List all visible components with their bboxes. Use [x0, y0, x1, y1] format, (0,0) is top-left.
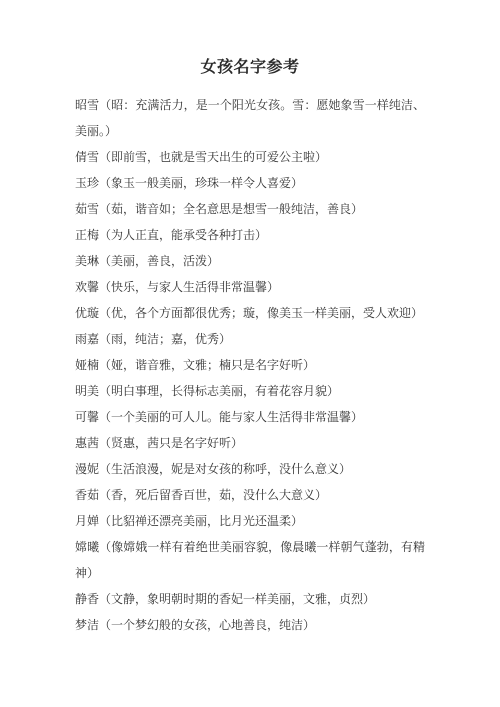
name-entry: 梦洁（一个梦幻般的女孩，心地善良，纯洁）	[75, 612, 425, 638]
name-entry: 美琳（美丽，善良，活泼）	[75, 248, 425, 274]
document-page: 女孩名字参考 昭雪（昭：充满活力，是一个阳光女孩。雪：愿她象雪一样纯洁、美丽。）…	[0, 0, 500, 707]
name-entry: 昭雪（昭：充满活力，是一个阳光女孩。雪：愿她象雪一样纯洁、美丽。）	[75, 92, 425, 144]
name-entry-list: 昭雪（昭：充满活力，是一个阳光女孩。雪：愿她象雪一样纯洁、美丽。） 倩雪（即前雪…	[75, 92, 425, 638]
name-entry: 惠茜（贤惠，茜只是名字好听）	[75, 430, 425, 456]
name-entry: 茹雪（茹，谐音如；全名意思是想雪一般纯洁，善良）	[75, 196, 425, 222]
name-entry: 娅楠（娅，谐音雅，文雅；楠只是名字好听）	[75, 352, 425, 378]
name-entry: 正梅（为人正直，能承受各种打击）	[75, 222, 425, 248]
name-entry: 月婵（比貂禅还漂亮美丽，比月光还温柔）	[75, 508, 425, 534]
name-entry: 倩雪（即前雪，也就是雪天出生的可爱公主啦）	[75, 144, 425, 170]
name-entry: 优璇（优，各个方面都很优秀；璇，像美玉一样美丽，受人欢迎）	[75, 300, 425, 326]
name-entry: 香茹（香，死后留香百世，茹，没什么大意义）	[75, 482, 425, 508]
name-entry: 雨嘉（雨，纯洁；嘉，优秀）	[75, 326, 425, 352]
name-entry: 静香（文静，象明朝时期的香妃一样美丽，文雅，贞烈）	[75, 586, 425, 612]
name-entry: 嫦曦（像嫦娥一样有着绝世美丽容貌，像晨曦一样朝气蓬勃，有精神）	[75, 534, 425, 586]
document-title: 女孩名字参考	[75, 58, 425, 78]
name-entry: 欢馨（快乐，与家人生活得非常温馨）	[75, 274, 425, 300]
name-entry: 可馨（一个美丽的可人儿。能与家人生活得非常温馨）	[75, 404, 425, 430]
name-entry: 明美（明白事理，长得标志美丽，有着花容月貌）	[75, 378, 425, 404]
name-entry: 玉珍（象玉一般美丽，珍珠一样令人喜爱）	[75, 170, 425, 196]
name-entry: 漫妮（生活浪漫，妮是对女孩的称呼，没什么意义）	[75, 456, 425, 482]
